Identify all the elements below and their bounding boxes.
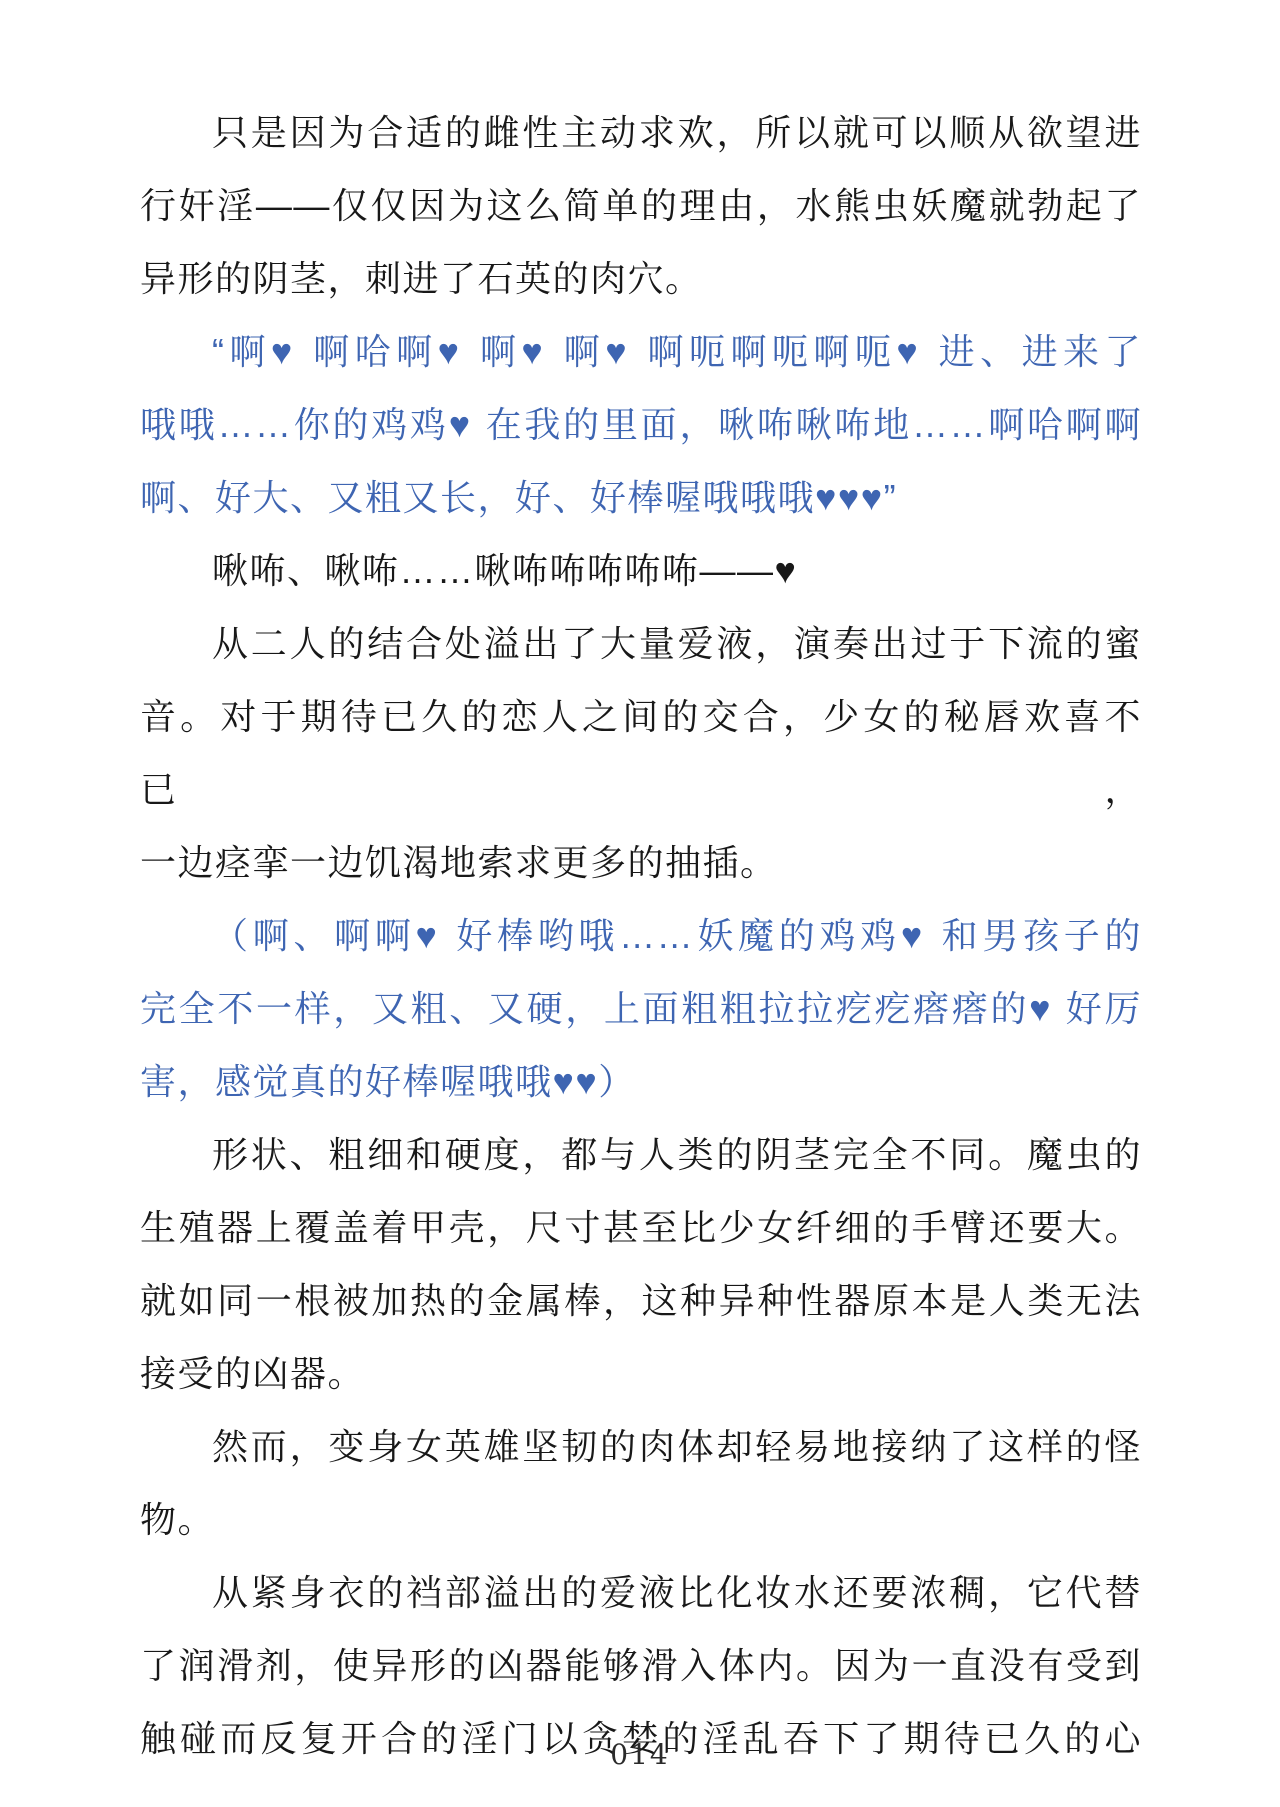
text-line: 从二人的结合处溢出了大量爱液，演奏出过于下流的蜜	[140, 607, 1142, 680]
body-paragraph: 啾咘、啾咘……啾咘咘咘咘咘——♥	[140, 534, 1142, 607]
text-line: 啾咘、啾咘……啾咘咘咘咘咘——♥	[140, 534, 1142, 607]
text-line: 一边痉挛一边饥渴地索求更多的抽插。	[140, 826, 1142, 899]
text-line: 异形的阴茎，刺进了石英的肉穴。	[140, 242, 1142, 315]
dialogue-paragraph: “啊♥ 啊哈啊♥ 啊♥ 啊♥ 啊呃啊呃啊呃♥ 进、进来了哦哦……你的鸡鸡♥ 在我…	[140, 315, 1142, 534]
page-text: 只是因为合适的雌性主动求欢，所以就可以顺从欲望进行奸淫——仅仅因为这么简单的理由…	[140, 96, 1142, 1775]
dialogue-paragraph: （啊、啊啊♥ 好棒哟哦……妖魔的鸡鸡♥ 和男孩子的完全不一样，又粗、又硬，上面粗…	[140, 899, 1142, 1118]
text-line: 了润滑剂，使异形的凶器能够滑入体内。因为一直没有受到	[140, 1629, 1142, 1702]
text-line: “啊♥ 啊哈啊♥ 啊♥ 啊♥ 啊呃啊呃啊呃♥ 进、进来了	[140, 315, 1142, 388]
body-paragraph: 然而，变身女英雄坚韧的肉体却轻易地接纳了这样的怪物。	[140, 1410, 1142, 1556]
text-line: 害，感觉真的好棒喔哦哦♥♥）	[140, 1045, 1142, 1118]
book-page: 只是因为合适的雌性主动求欢，所以就可以顺从欲望进行奸淫——仅仅因为这么简单的理由…	[0, 0, 1280, 1807]
text-line: 完全不一样，又粗、又硬，上面粗粗拉拉疙疙瘩瘩的♥ 好厉	[140, 972, 1142, 1045]
body-paragraph: 形状、粗细和硬度，都与人类的阴茎完全不同。魔虫的生殖器上覆盖着甲壳，尺寸甚至比少…	[140, 1118, 1142, 1410]
text-line: 哦哦……你的鸡鸡♥ 在我的里面，啾咘啾咘地……啊哈啊啊	[140, 388, 1142, 461]
text-line: 接受的凶器。	[140, 1337, 1142, 1410]
text-line: 生殖器上覆盖着甲壳，尺寸甚至比少女纤细的手臂还要大。	[140, 1191, 1142, 1264]
text-line: 物。	[140, 1483, 1142, 1556]
text-line: 行奸淫——仅仅因为这么简单的理由，水熊虫妖魔就勃起了	[140, 169, 1142, 242]
text-line: 然而，变身女英雄坚韧的肉体却轻易地接纳了这样的怪	[140, 1410, 1142, 1483]
text-line: 就如同一根被加热的金属棒，这种异种性器原本是人类无法	[140, 1264, 1142, 1337]
text-line: 音。对于期待已久的恋人之间的交合，少女的秘唇欢喜不已，	[140, 680, 1142, 826]
text-line: 从紧身衣的裆部溢出的爱液比化妆水还要浓稠，它代替	[140, 1556, 1142, 1629]
page-number: 014	[610, 1738, 669, 1771]
body-paragraph: 只是因为合适的雌性主动求欢，所以就可以顺从欲望进行奸淫——仅仅因为这么简单的理由…	[140, 96, 1142, 315]
text-line: 只是因为合适的雌性主动求欢，所以就可以顺从欲望进	[140, 96, 1142, 169]
text-line: 啊、好大、又粗又长，好、好棒喔哦哦哦♥♥♥”	[140, 461, 1142, 534]
text-line: 形状、粗细和硬度，都与人类的阴茎完全不同。魔虫的	[140, 1118, 1142, 1191]
text-line: （啊、啊啊♥ 好棒哟哦……妖魔的鸡鸡♥ 和男孩子的	[140, 899, 1142, 972]
body-paragraph: 从二人的结合处溢出了大量爱液，演奏出过于下流的蜜音。对于期待已久的恋人之间的交合…	[140, 607, 1142, 899]
page-footer: 014	[0, 1738, 1280, 1771]
